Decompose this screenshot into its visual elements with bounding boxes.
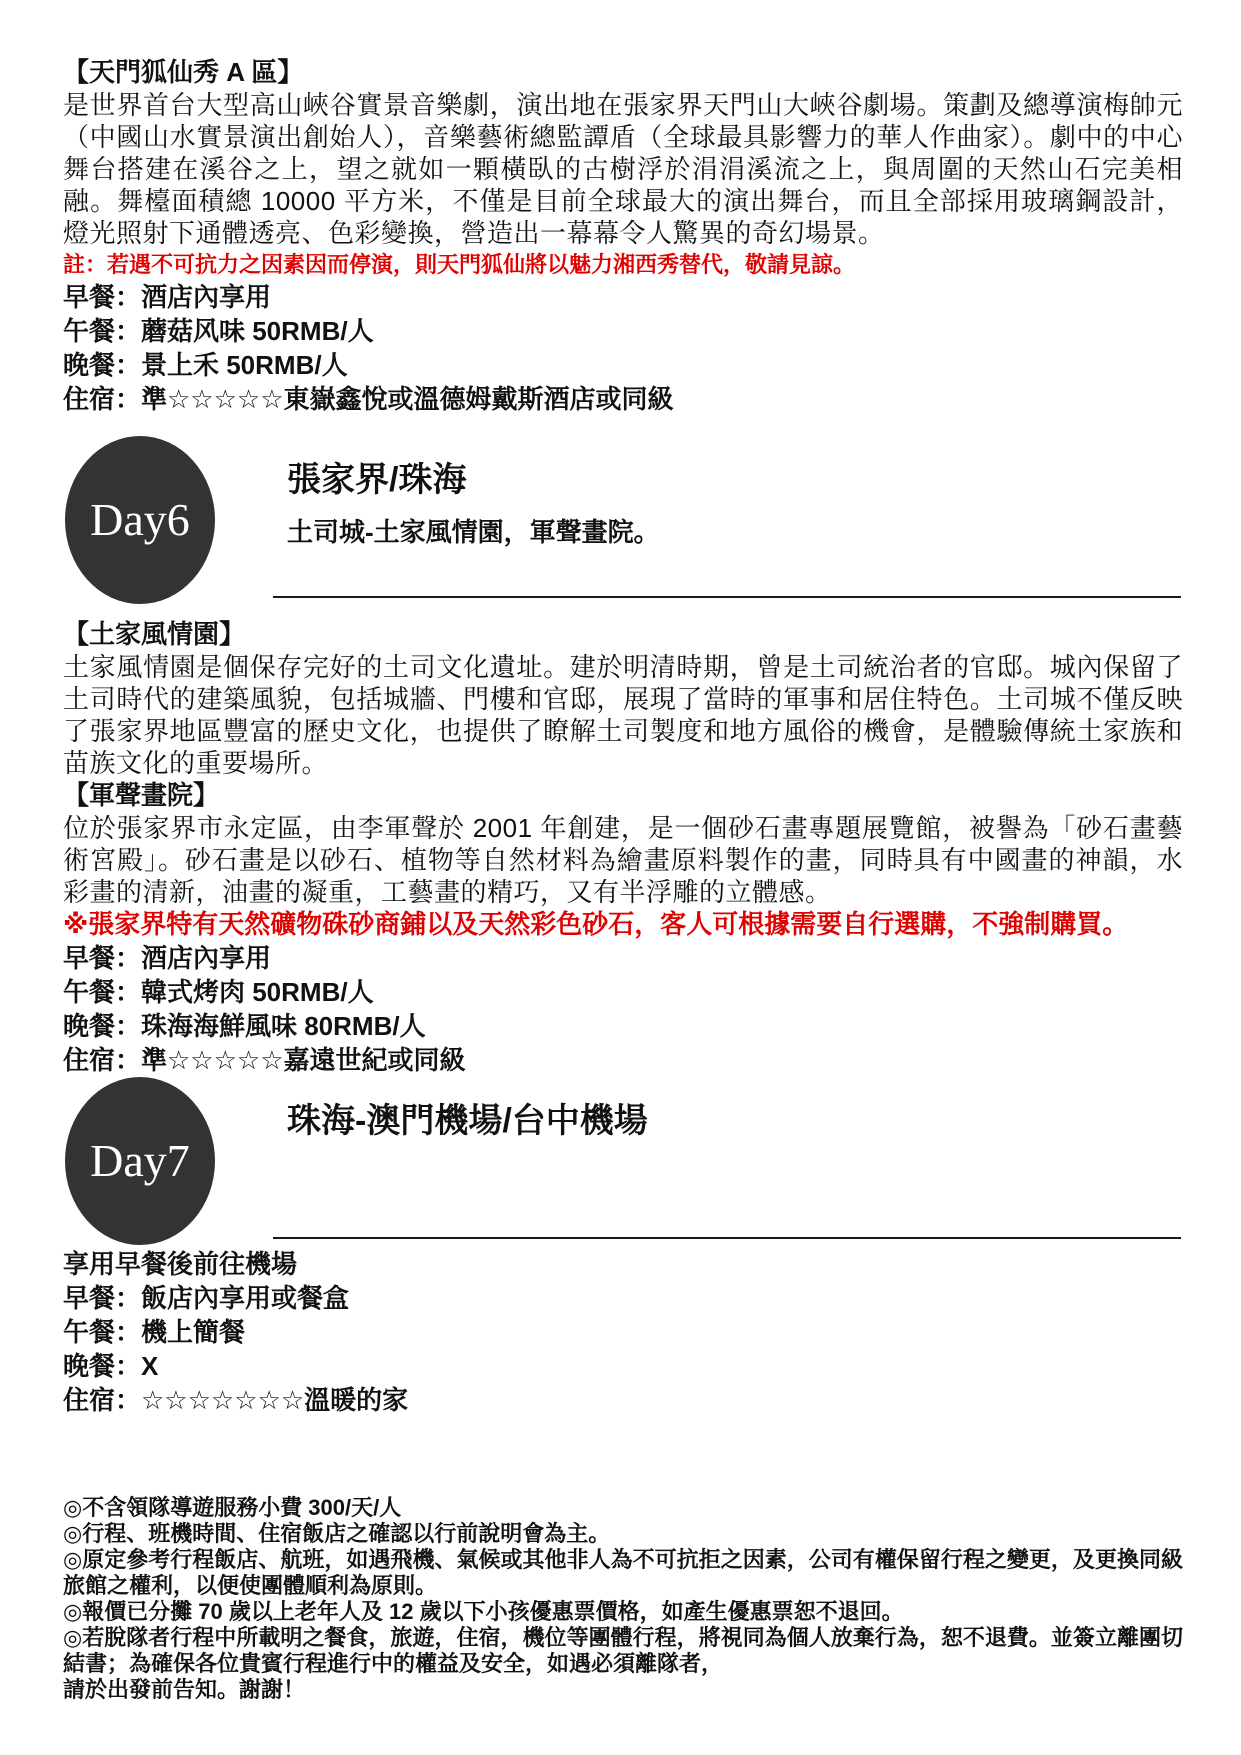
footer-note: 請於出發前告知。謝謝！ xyxy=(63,1677,1183,1703)
section-title-junsheng-gallery: 【軍聲畫院】 xyxy=(63,779,1183,812)
meal-lodging: 住宿：準☆☆☆☆☆嘉遠世紀或同級 xyxy=(63,1043,1183,1077)
meal-breakfast: 早餐：酒店內享用 xyxy=(63,280,1183,314)
shopping-note: ※張家界特有天然礦物硃砂商鋪以及天然彩色砂石，客人可根據需要自行選購，不強制購買… xyxy=(63,908,1183,941)
day7-badge: Day7 xyxy=(65,1077,215,1245)
footer-note: ◎原定參考行程飯店、航班，如遇飛機、氣候或其他非人為不可抗拒之因素，公司有權保留… xyxy=(63,1547,1183,1599)
section-tianmen-fox-show: 【天門狐仙秀 A 區】 是世界首台大型高山峽谷實景音樂劇，演出地在張家界天門山大… xyxy=(63,56,1183,416)
meal-lodging: 住宿：準☆☆☆☆☆東嶽鑫悅或溫德姆戴斯酒店或同級 xyxy=(63,382,1183,416)
meal-list-day5: 早餐：酒店內享用 午餐：蘑菇风味 50RMB/人 晚餐：景上禾 50RMB/人 … xyxy=(63,280,1183,416)
section-title-tujia-park: 【土家風情園】 xyxy=(63,618,1183,651)
meal-dinner: 晚餐：X xyxy=(63,1349,1183,1383)
section-body-tianmen-show: 是世界首台大型高山峽谷實景音樂劇，演出地在張家界天門山大峽谷劇場。策劃及總導演梅… xyxy=(63,89,1183,249)
meal-breakfast: 早餐：酒店內享用 xyxy=(63,941,1183,975)
meal-lodging: 住宿：☆☆☆☆☆☆☆溫暖的家 xyxy=(63,1383,1183,1417)
meal-list-day6: 早餐：酒店內享用 午餐：韓式烤肉 50RMB/人 晚餐：珠海海鮮風味 80RMB… xyxy=(63,941,1183,1077)
day7-content: 享用早餐後前往機場 早餐：飯店內享用或餐盒 午餐：機上簡餐 晚餐：X 住宿：☆☆… xyxy=(63,1247,1183,1417)
day6-divider-line xyxy=(273,596,1181,598)
section-body-junsheng-gallery: 位於張家界市永定區，由李軍聲於 2001 年創建，是一個砂石畫專題展覽館，被譽為… xyxy=(63,812,1183,908)
day6-header: Day6 張家界/珠海 土司城-土家風情園，軍聲畫院。 xyxy=(63,436,1183,606)
meal-breakfast: 早餐：飯店內享用或餐盒 xyxy=(63,1281,1183,1315)
show-cancellation-note: 註：若遇不可抗力之因素因而停演，則天門狐仙將以魅力湘西秀替代，敬請見諒。 xyxy=(63,250,1183,280)
day6-content: 【土家風情園】 土家風情園是個保存完好的土司文化遺址。建於明清時期，曾是土司統治… xyxy=(63,618,1183,1077)
meal-dinner: 晚餐：珠海海鮮風味 80RMB/人 xyxy=(63,1009,1183,1043)
footer-notes: ◎不含領隊導遊服務小費 300/天/人 ◎行程、班機時間、住宿飯店之確認以行前說… xyxy=(63,1495,1183,1703)
footer-note: ◎報價已分攤 70 歲以上老年人及 12 歲以下小孩優惠票價格，如產生優惠票恕不… xyxy=(63,1599,1183,1625)
day6-badge: Day6 xyxy=(65,436,215,604)
footer-note: ◎若脫隊者行程中所載明之餐食，旅遊，住宿，機位等團體行程，將視同為個人放棄行為，… xyxy=(63,1625,1183,1677)
section-body-tujia-park: 土家風情園是個保存完好的土司文化遺址。建於明清時期，曾是土司統治者的官邸。城內保… xyxy=(63,651,1183,779)
day7-badge-label: Day7 xyxy=(90,1138,190,1184)
section-title-tianmen-show: 【天門狐仙秀 A 區】 xyxy=(63,56,1183,89)
day7-divider-line xyxy=(273,1237,1181,1239)
meal-lunch: 午餐：蘑菇风味 50RMB/人 xyxy=(63,314,1183,348)
meal-lunch: 午餐：韓式烤肉 50RMB/人 xyxy=(63,975,1183,1009)
meal-dinner: 晚餐：景上禾 50RMB/人 xyxy=(63,348,1183,382)
meal-list-day7: 早餐：飯店內享用或餐盒 午餐：機上簡餐 晚餐：X 住宿：☆☆☆☆☆☆☆溫暖的家 xyxy=(63,1281,1183,1417)
day6-badge-label: Day6 xyxy=(90,497,190,543)
day7-title: 珠海-澳門機場/台中機場 xyxy=(287,1101,1183,1141)
day7-header: Day7 珠海-澳門機場/台中機場 xyxy=(63,1077,1183,1247)
footer-note: ◎行程、班機時間、住宿飯店之確認以行前說明會為主。 xyxy=(63,1521,1183,1547)
itinerary-page: 【天門狐仙秀 A 區】 是世界首台大型高山峽谷實景音樂劇，演出地在張家界天門山大… xyxy=(0,0,1241,1755)
day6-subtitle: 土司城-土家風情園，軍聲畫院。 xyxy=(287,516,1183,548)
day6-title: 張家界/珠海 xyxy=(287,460,1183,500)
meal-lunch: 午餐：機上簡餐 xyxy=(63,1315,1183,1349)
footer-note: ◎不含領隊導遊服務小費 300/天/人 xyxy=(63,1495,1183,1521)
day7-intro: 享用早餐後前往機場 xyxy=(63,1247,1183,1281)
